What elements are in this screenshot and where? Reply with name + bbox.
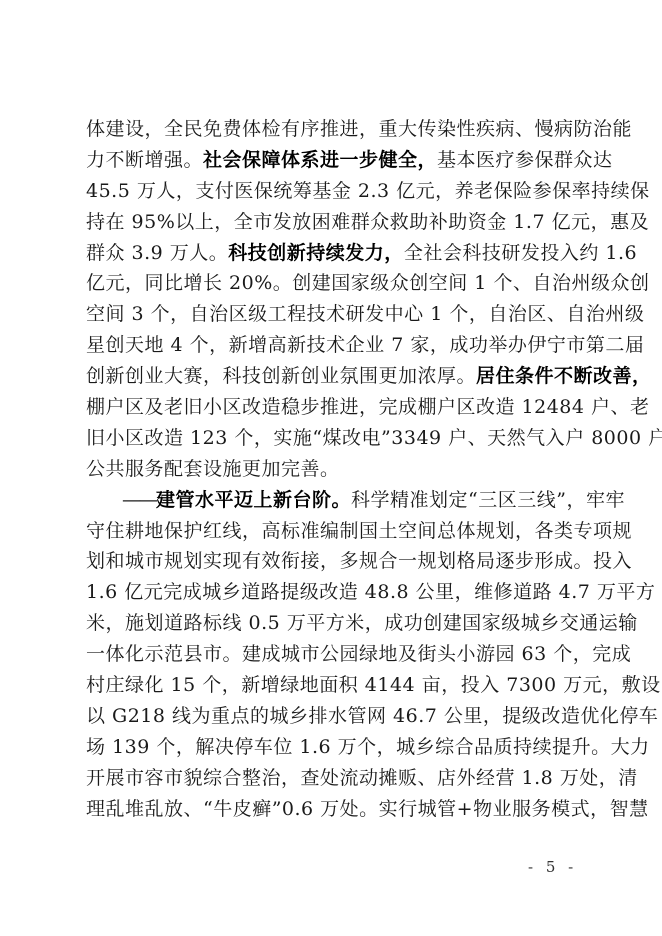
bold-heading: 居住条件不断改善， bbox=[476, 365, 652, 387]
text-segment: 棚户区及老旧小区改造稳步推进，完成棚户区改造 12484 户、老 bbox=[86, 396, 650, 418]
page-number: - 5 - bbox=[528, 858, 577, 876]
text-segment: 星创天地 4 个，新增高新技术企业 7 家，成功举办伊宁市第二届 bbox=[86, 334, 644, 356]
text-segment: 场 139 个，解决停车位 1.6 万个，城乡综合品质持续提升。大力 bbox=[86, 736, 650, 758]
text-segment: 力不断增强。 bbox=[86, 149, 203, 171]
text-segment: 以 G218 线为重点的城乡排水管网 46.7 公里，提级改造优化停车 bbox=[86, 705, 658, 727]
text-line: 旧小区改造 123 个，实施“煤改电”3349 户、天然气入户 8000 户， bbox=[86, 423, 578, 454]
text-segment: 亿元，同比增长 20%。创建国家级众创空间 1 个、自治州级众创 bbox=[86, 272, 649, 294]
document-page: 体建设，全民免费体检有序推进，重大传染性疾病、慢病防治能力不断增强。社会保障体系… bbox=[0, 0, 662, 936]
text-segment: 划和城市规划实现有效衔接，多规合一规划格局逐步形成。投入 bbox=[86, 550, 632, 572]
text-segment: 体建设，全民免费体检有序推进，重大传染性疾病、慢病防治能 bbox=[86, 118, 632, 140]
text-segment: 1.6 亿元完成城乡道路提级改造 48.8 公里，维修道路 4.7 万平方 bbox=[86, 581, 655, 603]
text-line: 守住耕地保护红线，高标准编制国土空间总体规划，各类专项规 bbox=[86, 516, 578, 547]
text-segment: 创新创业大赛，科技创新创业氛围更加浓厚。 bbox=[86, 365, 476, 387]
text-segment: 理乱堆乱放、“牛皮癣”0.6 万处。实行城管+物业服务模式，智慧 bbox=[86, 798, 649, 820]
text-line: 场 139 个，解决停车位 1.6 万个，城乡综合品质持续提升。大力 bbox=[86, 732, 578, 763]
text-line: 持在 95%以上，全市发放困难群众救助补助资金 1.7 亿元，惠及 bbox=[86, 207, 578, 238]
text-line: 群众 3.9 万人。科技创新持续发力，全社会科技研发投入约 1.6 bbox=[86, 238, 578, 269]
text-segment: 村庄绿化 15 个，新增绿地面积 4144 亩，投入 7300 万元，敷设 bbox=[86, 674, 661, 696]
bold-heading: 社会保障体系进一步健全， bbox=[203, 149, 437, 171]
text-line: 以 G218 线为重点的城乡排水管网 46.7 公里，提级改造优化停车 bbox=[86, 701, 578, 732]
text-segment: 公共服务配套设施更加完善。 bbox=[86, 458, 340, 480]
text-line: 力不断增强。社会保障体系进一步健全，基本医疗参保群众达 bbox=[86, 145, 578, 176]
bold-heading: 建管水平迈上新台阶。 bbox=[156, 489, 351, 511]
text-segment: 旧小区改造 123 个，实施“煤改电”3349 户、天然气入户 8000 户， bbox=[86, 427, 662, 449]
text-segment: 一体化示范县市。建成城市公园绿地及街头小游园 63 个，完成 bbox=[86, 643, 631, 665]
text-line: 棚户区及老旧小区改造稳步推进，完成棚户区改造 12484 户、老 bbox=[86, 392, 578, 423]
text-segment: 45.5 万人，支付医保统筹基金 2.3 亿元，养老保险参保率持续保 bbox=[86, 180, 650, 202]
text-segment: 基本医疗参保群众达 bbox=[437, 149, 613, 171]
text-segment: 群众 3.9 万人。 bbox=[86, 242, 228, 264]
text-line: 体建设，全民免费体检有序推进，重大传染性疾病、慢病防治能 bbox=[86, 114, 578, 145]
text-line: 划和城市规划实现有效衔接，多规合一规划格局逐步形成。投入 bbox=[86, 546, 578, 577]
text-line: 村庄绿化 15 个，新增绿地面积 4144 亩，投入 7300 万元，敷设 bbox=[86, 670, 578, 701]
text-segment: 开展市容市貌综合整治，查处流动摊贩、店外经营 1.8 万处，清 bbox=[86, 767, 638, 789]
text-line: 创新创业大赛，科技创新创业氛围更加浓厚。居住条件不断改善， bbox=[86, 361, 578, 392]
text-line: 公共服务配套设施更加完善。 bbox=[86, 454, 578, 485]
document-body: 体建设，全民免费体检有序推进，重大传染性疾病、慢病防治能力不断增强。社会保障体系… bbox=[86, 114, 578, 824]
em-dash: —— bbox=[122, 489, 156, 511]
text-segment: 持在 95%以上，全市发放困难群众救助补助资金 1.7 亿元，惠及 bbox=[86, 211, 649, 233]
text-line: ——建管水平迈上新台阶。科学精准划定“三区三线”，牢牢 bbox=[86, 485, 578, 516]
text-line: 1.6 亿元完成城乡道路提级改造 48.8 公里，维修道路 4.7 万平方 bbox=[86, 577, 578, 608]
text-line: 米，施划道路标线 0.5 万平方米，成功创建国家级城乡交通运输 bbox=[86, 608, 578, 639]
text-line: 空间 3 个，自治区级工程技术研发中心 1 个，自治区、自治州级 bbox=[86, 299, 578, 330]
bold-heading: 科技创新持续发力， bbox=[228, 242, 404, 264]
text-segment: 全社会科技研发投入约 1.6 bbox=[404, 242, 637, 264]
text-segment: 科学精准划定“三区三线”，牢牢 bbox=[351, 489, 625, 511]
text-line: 星创天地 4 个，新增高新技术企业 7 家，成功举办伊宁市第二届 bbox=[86, 330, 578, 361]
text-line: 理乱堆乱放、“牛皮癣”0.6 万处。实行城管+物业服务模式，智慧 bbox=[86, 794, 578, 825]
text-segment: 空间 3 个，自治区级工程技术研发中心 1 个，自治区、自治州级 bbox=[86, 303, 644, 325]
text-segment: 守住耕地保护红线，高标准编制国土空间总体规划，各类专项规 bbox=[86, 520, 632, 542]
text-line: 开展市容市貌综合整治，查处流动摊贩、店外经营 1.8 万处，清 bbox=[86, 763, 578, 794]
text-line: 一体化示范县市。建成城市公园绿地及街头小游园 63 个，完成 bbox=[86, 639, 578, 670]
text-segment: 米，施划道路标线 0.5 万平方米，成功创建国家级城乡交通运输 bbox=[86, 612, 638, 634]
text-line: 45.5 万人，支付医保统筹基金 2.3 亿元，养老保险参保率持续保 bbox=[86, 176, 578, 207]
text-line: 亿元，同比增长 20%。创建国家级众创空间 1 个、自治州级众创 bbox=[86, 268, 578, 299]
